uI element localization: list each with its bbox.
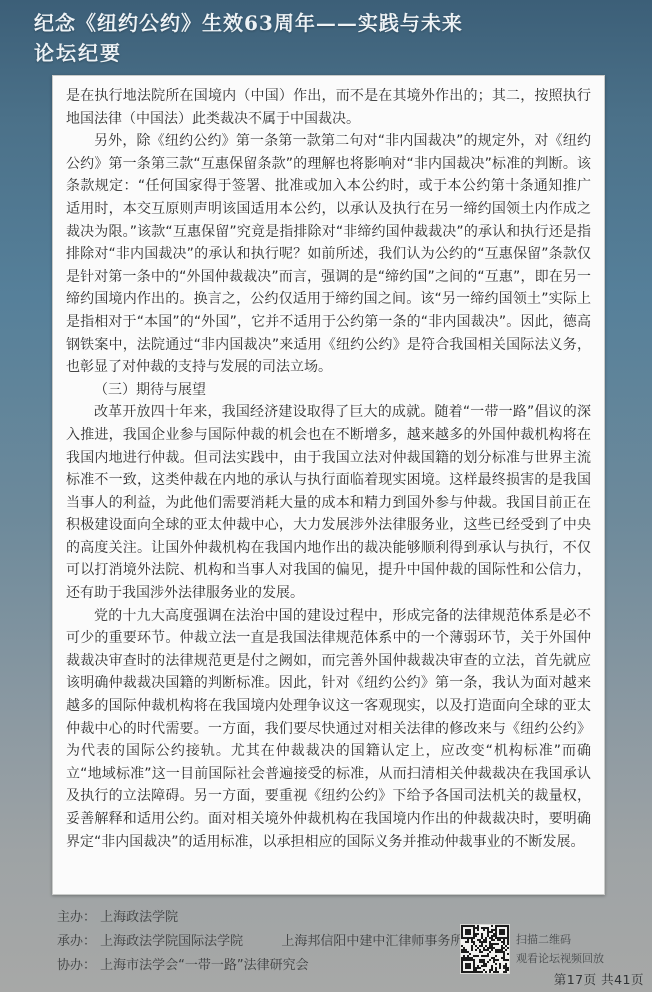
- qr-caption-line2: 观看论坛视频回放: [516, 949, 604, 968]
- organizer-row-undertaker: 承办： 上海政法学院国际法学院 上海邦信阳中建中汇律师事务所: [57, 930, 477, 954]
- body-paragraph: 是在执行地法院所在国境内（中国）作出，而不是在其境外作出的；其二，按照执行地国法…: [66, 85, 591, 130]
- organizer-name: 上海市法学会“一带一路”法律研究会: [100, 958, 308, 973]
- qr-caption-line1: 扫描二维码: [516, 930, 604, 949]
- page-title-line2: 论坛纪要: [34, 38, 632, 68]
- body-paragraph: 改革开放四十年来，我国经济建设取得了巨大的成就。随着“一带一路”倡议的深入推进，…: [66, 401, 591, 604]
- organizer-row-host: 主办： 上海政法学院: [57, 906, 477, 930]
- document-body-panel: 是在执行地法院所在国境内（中国）作出，而不是在其境外作出的；其二，按照执行地国法…: [52, 75, 605, 895]
- organizer-label: 主办：: [57, 910, 96, 925]
- organizers-footer: 主办： 上海政法学院 承办： 上海政法学院国际法学院 上海邦信阳中建中汇律师事务…: [57, 906, 477, 978]
- page-title-line1: 纪念《纽约公约》生效63周年——实践与未来: [34, 8, 632, 38]
- section-heading: （三）期待与展望: [66, 379, 591, 402]
- organizer-name: 上海政法学院国际法学院: [100, 934, 243, 949]
- body-paragraph: 另外，除《纽约公约》第一条第一款第二句对“非内国裁决”的规定外，对《纽约公约》第…: [66, 130, 591, 379]
- organizer-label: 协办：: [57, 958, 96, 973]
- body-paragraph: 党的十九大高度强调在法治中国的建设过程中，形成完备的法律规范体系是必不可少的重要…: [66, 605, 591, 854]
- organizer-name: 上海政法学院: [100, 910, 178, 925]
- page-number: 第17页 共41页: [554, 970, 644, 988]
- organizer-row-coorganizer: 协办： 上海市法学会“一带一路”法律研究会: [57, 954, 477, 978]
- qr-caption: 扫描二维码 观看论坛视频回放: [516, 930, 604, 968]
- organizer-label: 承办：: [57, 934, 96, 949]
- qr-code: [460, 924, 510, 974]
- organizer-name: 上海邦信阳中建中汇律师事务所: [281, 934, 463, 949]
- page-header: 纪念《纽约公约》生效63周年——实践与未来 论坛纪要: [34, 8, 632, 68]
